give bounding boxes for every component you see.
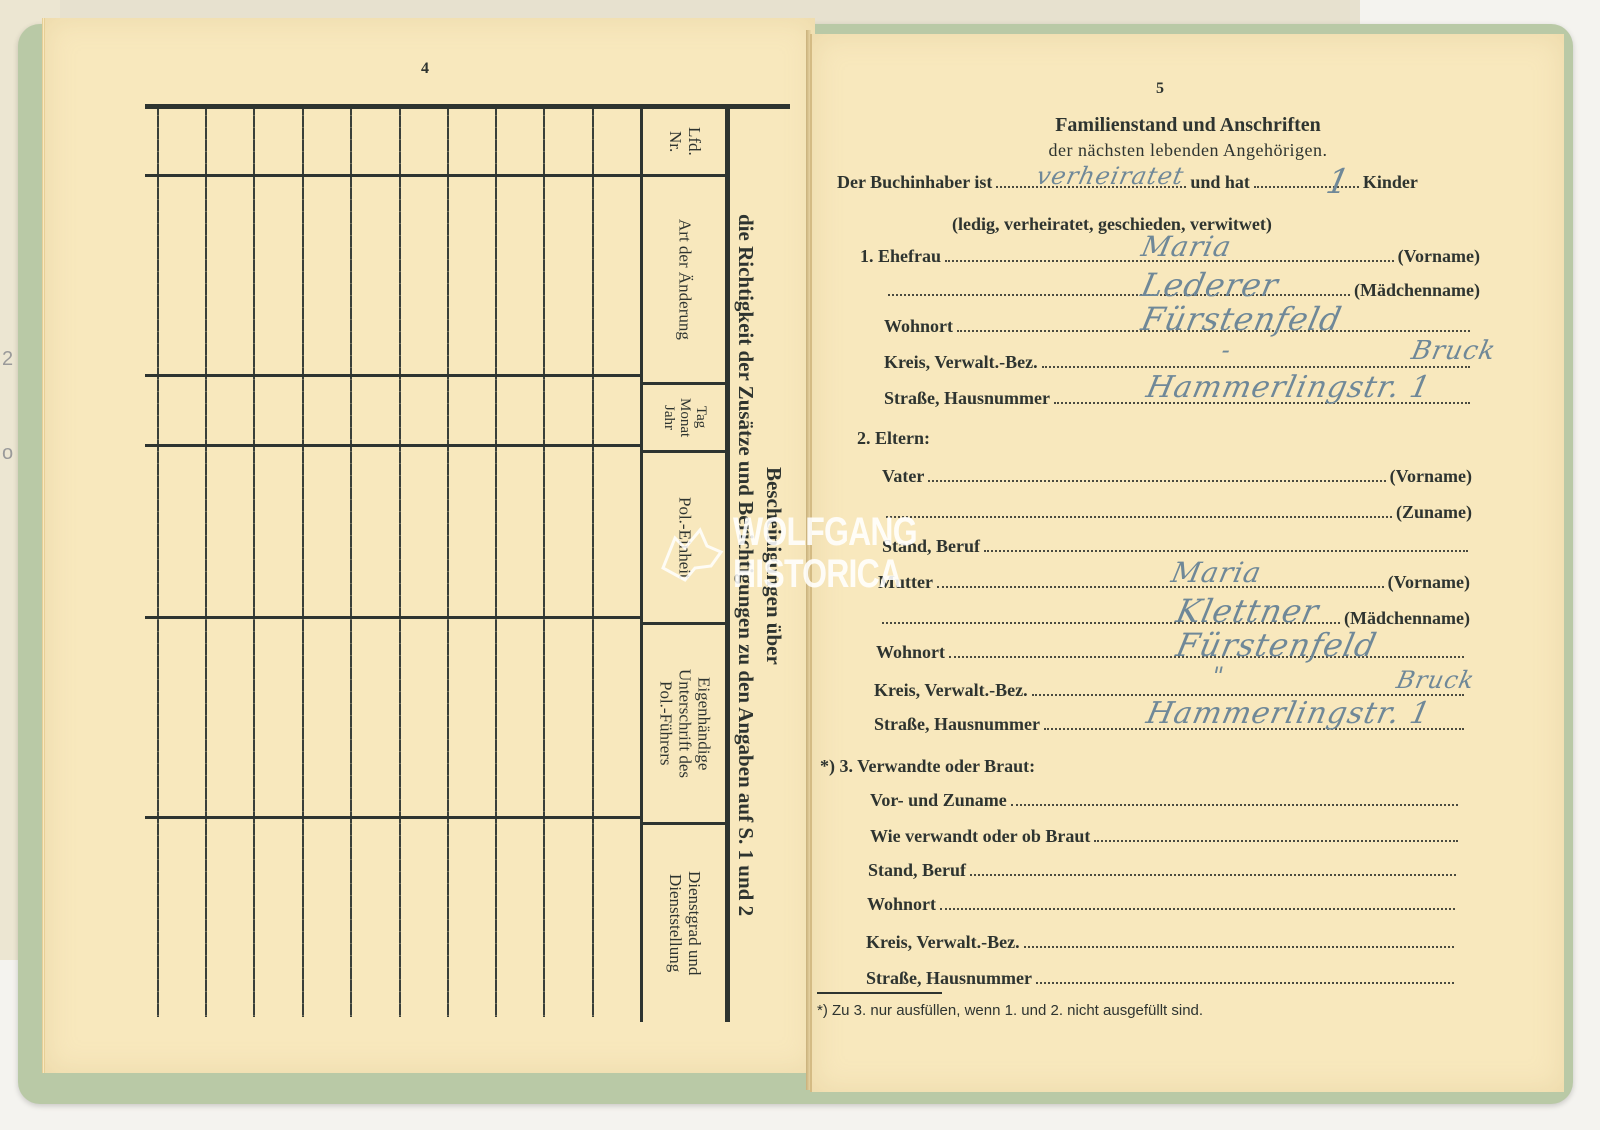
handwritten-mother-district-2: Bruck: [1394, 666, 1478, 694]
column-header-dienstgrad: Dienstgrad und Dienststellung: [643, 825, 727, 1022]
relative-district-field[interactable]: Kreis, Verwalt.-Bez.: [866, 932, 1458, 953]
column-header-unterschrift: Eigenhändige Unterschrift des Pol.-Führe…: [643, 625, 727, 822]
page-number: 4: [421, 60, 429, 78]
column-separator: [145, 616, 643, 619]
table-row: [592, 109, 594, 1017]
relative-name-field[interactable]: Vor- und Zuname: [870, 790, 1462, 811]
table-row: [302, 109, 304, 1017]
handwritten-children-count: 1: [1323, 162, 1354, 202]
background-mark: 2: [2, 348, 13, 371]
page-subtitle: der nächsten lebenden Angehörigen.: [812, 140, 1564, 161]
page-right: 5 Familienstand und Anschriften der näch…: [810, 34, 1564, 1092]
column-header-pol-einheit: Pol.-Einheit: [643, 453, 727, 622]
table-row: [447, 109, 449, 1017]
relation-field[interactable]: Wie verwandt oder ob Braut: [870, 826, 1462, 847]
amendments-table: Lfd. Nr. Art der Änderung Tag Monat Jahr…: [145, 104, 790, 1024]
section-relatives-heading: *) 3. Verwandte oder Braut:: [820, 756, 1035, 777]
footnote-divider: [817, 992, 942, 994]
table-row: [350, 109, 352, 1017]
table-title: Bescheinigungen über die Richtigkeit der…: [730, 109, 790, 1022]
mother-residence-field[interactable]: Wohnort: [876, 642, 1468, 663]
relative-occupation-field[interactable]: Stand, Beruf: [868, 860, 1460, 881]
column-separator: [145, 816, 643, 819]
handwritten-wife-district-2: Bruck: [1409, 336, 1499, 366]
handwritten-status: verheiratet: [1034, 162, 1187, 190]
column-separator: [145, 374, 643, 377]
column-separator: [145, 444, 643, 447]
handwritten-mother-residence: Fürstenfeld: [1173, 626, 1381, 664]
handwritten-wife-maiden-name: Lederer: [1138, 266, 1282, 304]
father-surname-field[interactable]: (Zuname): [882, 502, 1472, 523]
column-header-lfd-nr: Lfd. Nr.: [643, 109, 727, 174]
section-parents-heading: 2. Eltern:: [857, 428, 930, 449]
father-first-name-field[interactable]: Vater (Vorname): [882, 466, 1472, 487]
relative-residence-field[interactable]: Wohnort: [867, 894, 1459, 915]
column-separator: [145, 174, 643, 177]
table-row: [495, 109, 497, 1017]
table-row: [157, 109, 159, 1017]
table-row: [399, 109, 401, 1017]
handwritten-mother-first-name: Maria: [1168, 556, 1264, 589]
footnote: *) Zu 3. nur ausfüllen, wenn 1. und 2. n…: [817, 1002, 1203, 1019]
handwritten-wife-residence: Fürstenfeld: [1138, 300, 1346, 338]
handwritten-mother-street: Hammerlingstr. 1: [1143, 696, 1434, 731]
page-title: Familienstand und Anschriften: [812, 114, 1564, 137]
handwritten-mother-maiden-name: Klettner: [1173, 592, 1323, 630]
table-row: [253, 109, 255, 1017]
page-number: 5: [1156, 80, 1164, 98]
column-header-art-der-aenderung: Art der Änderung: [643, 177, 727, 382]
column-header-datum: Tag Monat Jahr: [643, 385, 727, 450]
handwritten-wife-first-name: Maria: [1138, 230, 1234, 263]
table-row: [543, 109, 545, 1017]
father-occupation-field[interactable]: Stand, Beruf: [882, 536, 1472, 557]
background-mark: o: [2, 442, 13, 465]
page-left: 4 Lfd. Nr. Art der Änderung Tag Monat Ja…: [42, 18, 815, 1073]
table-row: [205, 109, 207, 1017]
relative-street-field[interactable]: Straße, Hausnummer: [866, 968, 1458, 989]
handwritten-wife-street: Hammerlingstr. 1: [1143, 370, 1434, 405]
